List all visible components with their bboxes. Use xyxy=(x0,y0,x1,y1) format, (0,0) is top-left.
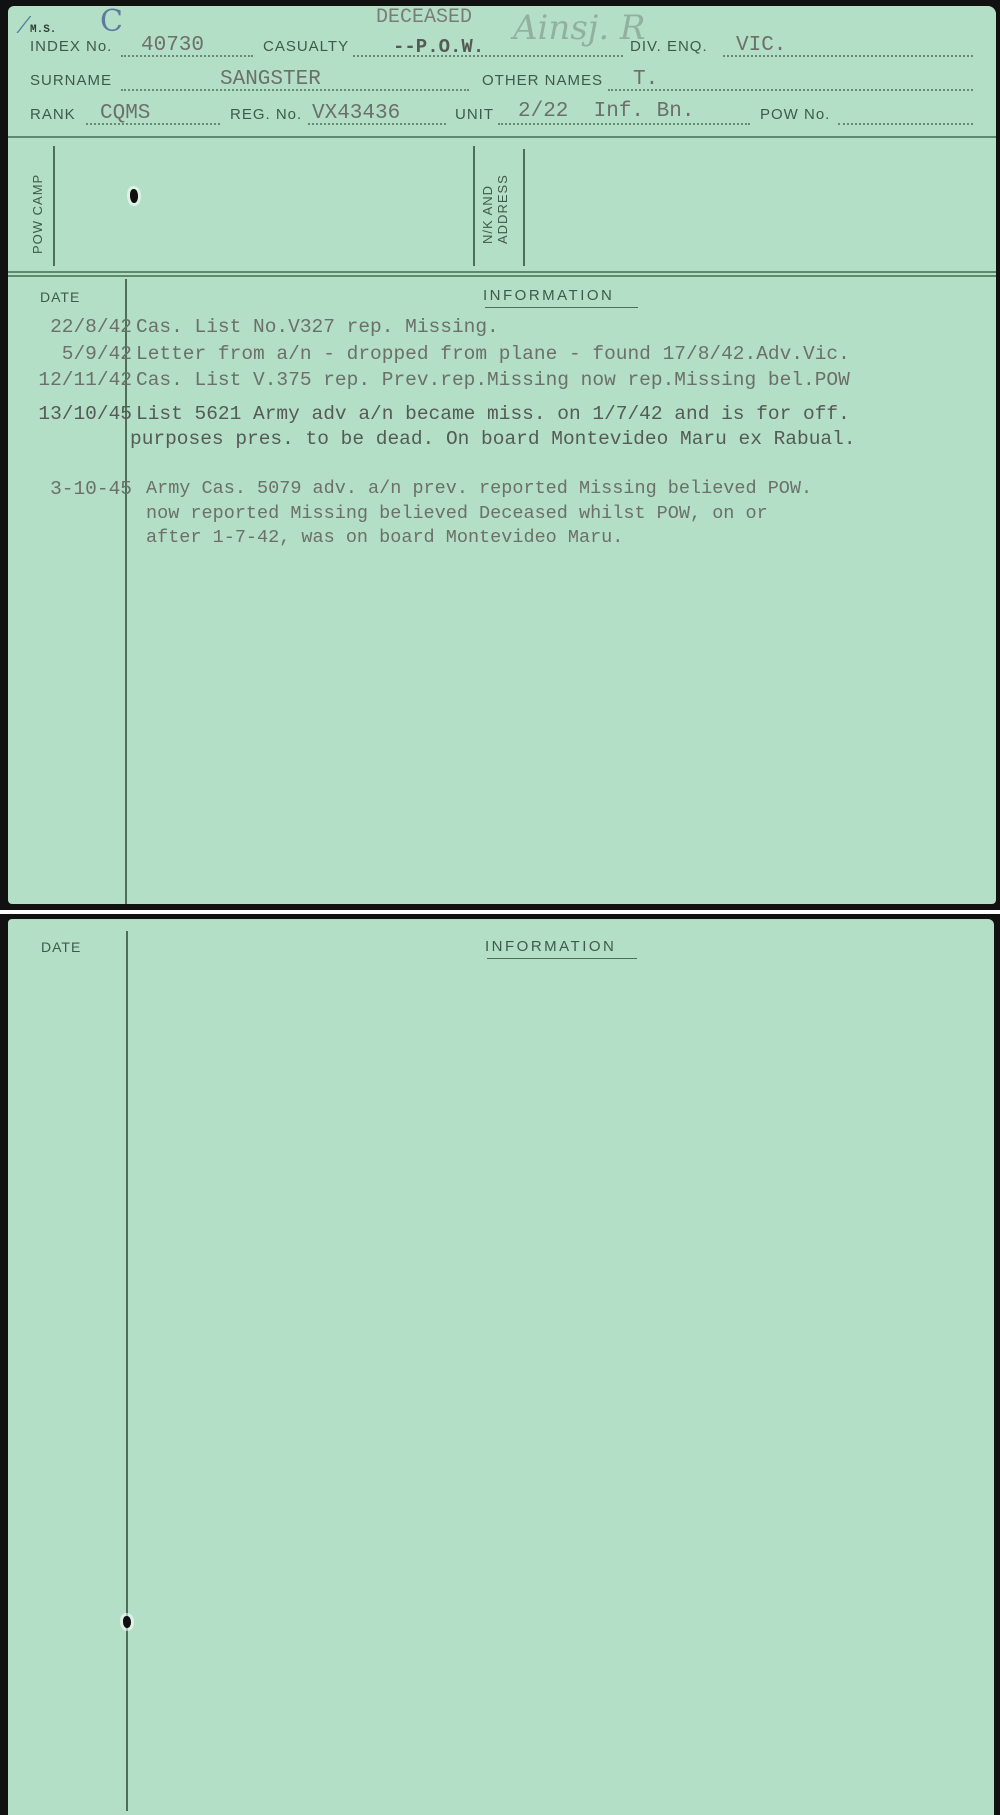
other-names-label: OTHER NAMES xyxy=(482,72,603,89)
entry-date: 5/9/42 xyxy=(62,343,132,365)
entry-text-line: now reported Missing believed Deceased w… xyxy=(146,503,768,524)
reg-no-label: REG. No. xyxy=(230,106,302,123)
blue-pencil-stroke: ⁄ xyxy=(22,14,26,39)
rank-value: CQMS xyxy=(100,102,150,125)
surname-label: SURNAME xyxy=(30,72,112,89)
deceased-stamp: DECEASED xyxy=(376,6,472,29)
double-divider-top xyxy=(8,271,996,273)
back-date-header: DATE xyxy=(41,939,81,955)
entry-date: 13/10/45 xyxy=(38,403,132,425)
unit-label: UNIT xyxy=(455,106,494,123)
entry-text-line: Cas. List No.V327 rep. Missing. xyxy=(136,316,499,338)
card-back-surface: DATE INFORMATION xyxy=(8,919,994,1815)
pow-no-label: POW No. xyxy=(760,106,830,123)
ms-code: M.S. xyxy=(30,24,56,36)
entry-text-line: List 5621 Army adv a/n became miss. on 1… xyxy=(136,403,850,425)
entry-text-line: purposes pres. to be dead. On board Mont… xyxy=(130,428,856,450)
back-information-header: INFORMATION xyxy=(485,938,616,955)
date-header: DATE xyxy=(40,289,80,305)
pencil-signature: Ainsj. R xyxy=(513,8,646,48)
other-names-value: T. xyxy=(633,68,658,91)
entry-date: 12/11/42 xyxy=(38,369,132,391)
entry-text-line: Army Cas. 5079 adv. a/n prev. reported M… xyxy=(146,478,812,499)
casualty-label: CASUALTY xyxy=(263,38,349,55)
entry-text-line: after 1-7-42, was on board Montevideo Ma… xyxy=(146,527,623,548)
divider-top xyxy=(8,136,996,138)
punch-hole xyxy=(130,189,138,203)
back-punch-hole xyxy=(123,1616,131,1628)
entry-text-line: Letter from a/n - dropped from plane - f… xyxy=(136,343,850,365)
surname-value: SANGSTER xyxy=(220,68,321,91)
rank-label: RANK xyxy=(30,106,76,123)
nk-address-label: N/K AND ADDRESS xyxy=(480,174,510,244)
circled-letter-mark: C xyxy=(100,4,123,39)
div-enq-value: VIC. xyxy=(736,34,786,57)
unit-value: 2/22 Inf. Bn. xyxy=(518,100,694,123)
entry-date: 22/8/42 xyxy=(50,316,132,338)
information-header: INFORMATION xyxy=(483,287,614,304)
pow-camp-label: POW CAMP xyxy=(30,174,45,254)
entry-date: 3-10-45 xyxy=(50,478,132,500)
casualty-value: --P.O.W. xyxy=(393,36,484,58)
index-no-label: INDEX No. xyxy=(30,38,112,55)
back-date-column-divider xyxy=(126,931,128,1811)
record-card-front: ⁄ M.S. C DECEASED Ainsj. R INDEX No. 407… xyxy=(0,0,1000,910)
double-divider-bottom xyxy=(8,275,996,277)
reg-no-value: VX43436 xyxy=(312,102,400,125)
card-front-surface: ⁄ M.S. C DECEASED Ainsj. R INDEX No. 407… xyxy=(8,6,996,904)
entry-text-line: Cas. List V.375 rep. Prev.rep.Missing no… xyxy=(136,369,850,391)
div-enq-label: DIV. ENQ. xyxy=(630,38,708,55)
index-no-value: 40730 xyxy=(141,34,204,57)
record-card-back: DATE INFORMATION xyxy=(0,914,1000,1815)
